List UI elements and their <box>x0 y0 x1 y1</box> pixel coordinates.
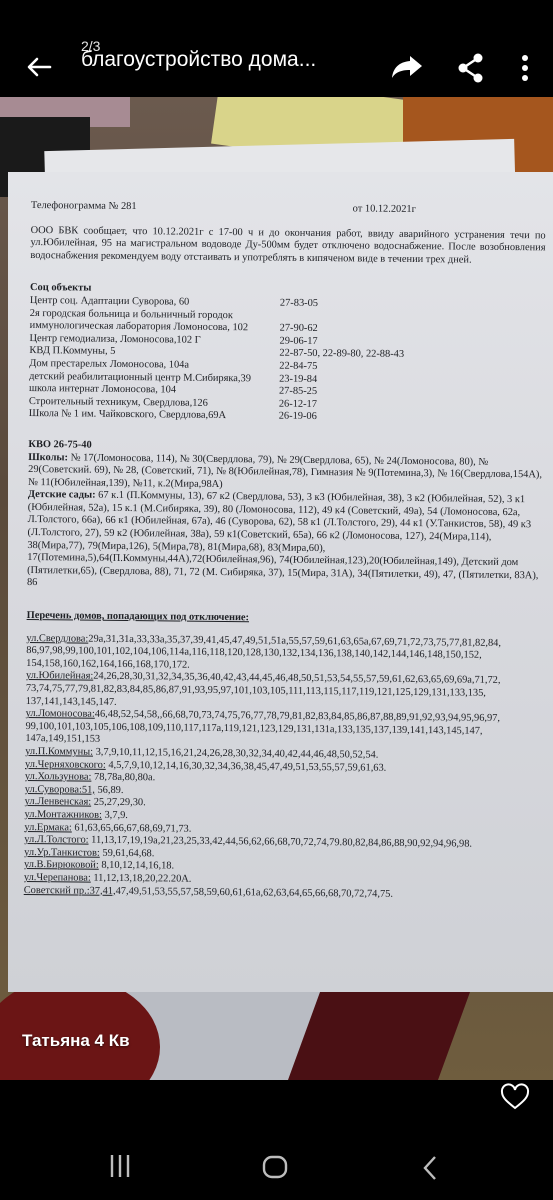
house-numbers: 4,5,7,9,10,12,14,16,30,32,34,36,38,45,47… <box>106 759 387 773</box>
street-name: Советский пр.:37,41, <box>24 884 116 896</box>
kvo-section: КВО 26-75-40 Школы: № 17(Ломоносова, 114… <box>27 439 544 596</box>
back-button[interactable] <box>22 50 56 84</box>
soc-object-phone: 27-90-62 <box>280 323 318 336</box>
street-name: ул.Ломоносова: <box>26 708 95 720</box>
document-intro: ООО БВК сообщает, что 10.12.2021г с 17-0… <box>30 225 545 268</box>
street-name: ул.Ленвенская: <box>25 796 92 808</box>
house-numbers: 25,27,29,30. <box>91 797 146 809</box>
document-header: Телефонограмма № 281 от 10.12.2021г <box>31 200 546 218</box>
heart-icon <box>500 1083 530 1111</box>
house-numbers: 3,7,9,10,11,12,15,16,21,24,26,28,30,32,3… <box>93 747 378 761</box>
house-numbers: 47,49,51,53,55,57,58,59,60,61,61а,62,63,… <box>116 885 393 899</box>
soc-object-name: Школа № 1 им. Чайковского, Свердлова,69А <box>29 408 279 423</box>
schools-label: Школы: <box>28 451 68 462</box>
system-back-button[interactable] <box>420 1155 440 1181</box>
kindergartens-text: 67 к.1 (П.Коммуны, 13), 67 к2 (Свердлова… <box>27 490 539 589</box>
street-name: ул.Ур.Танкистов: <box>24 847 100 859</box>
street-houses-row: ул.Ломоносова:46,48,52,54,58,,66,68,70,7… <box>25 708 540 751</box>
street-name: ул.Монтажников: <box>25 809 102 821</box>
soc-objects-list: Центр соц. Адаптации Суворова, 6027-83-0… <box>29 295 545 426</box>
street-houses-row: ул.Юбилейная:24,26,28,30,31,32,34,35,36,… <box>26 670 541 713</box>
document-content: Телефонограмма № 281 от 10.12.2021г ООО … <box>24 200 546 902</box>
house-numbers: 8,10,12,14,16,18. <box>99 860 174 872</box>
document-date: от 10.12.2021г <box>353 203 416 216</box>
soc-object-phone: 29-06-17 <box>279 335 317 348</box>
recents-icon <box>108 1153 132 1179</box>
forward-button[interactable] <box>390 54 426 84</box>
street-name: ул.Черняховского: <box>25 759 106 771</box>
street-houses-row: ул.Свердлова:29а,31,31а,33,33а,35,37,39,… <box>26 633 541 676</box>
soc-object-phone: 26-12-17 <box>279 398 317 411</box>
street-name: ул.Свердлова: <box>26 633 88 645</box>
house-numbers: 59,61,64,68. <box>100 847 155 859</box>
share-button[interactable] <box>457 52 487 86</box>
soc-object-phone: 23-19-84 <box>279 373 317 386</box>
nav-back-icon <box>420 1155 440 1181</box>
houses-title: Перечень домов, попадающих под отключени… <box>27 610 542 628</box>
home-icon <box>261 1155 289 1179</box>
street-name: ул.Ермака: <box>24 821 72 832</box>
house-numbers: 3,7,9. <box>102 810 128 821</box>
status-bar <box>0 0 553 40</box>
street-name: ул.Черепанова: <box>24 872 91 884</box>
image-counter: 2/3 <box>81 38 100 54</box>
kindergartens-label: Детские сады: <box>28 489 96 501</box>
home-button[interactable] <box>261 1155 289 1179</box>
soc-object-phone: 27-85-25 <box>279 386 317 399</box>
house-numbers: 46,48,52,54,58,,66,68,70,73,74,75,76,77,… <box>25 709 500 745</box>
forward-icon <box>390 54 424 80</box>
houses-list: ул.Свердлова:29а,31,31а,33,33а,35,37,39,… <box>24 633 542 903</box>
street-name: ул.Хользунова: <box>25 771 92 783</box>
street-name: ул.Л.Толстого: <box>24 834 88 846</box>
back-arrow-icon <box>26 56 52 78</box>
street-name: ул.Юбилейная: <box>26 670 93 682</box>
house-numbers: 29а,31,31а,33,33а,35,37,39,41,45,47,49,5… <box>26 633 501 670</box>
soc-object-phone: 22-84-75 <box>279 361 317 374</box>
more-options-button[interactable] <box>515 52 535 86</box>
house-numbers: 56,89. <box>95 784 124 795</box>
schools-paragraph: Школы: № 17(Ломоносова, 114), № 30(Сверд… <box>28 451 543 494</box>
house-numbers: 11,12,13,18,20,22.20А. <box>91 873 192 885</box>
street-name: ул.В.Бирюковой: <box>24 859 99 871</box>
recents-button[interactable] <box>108 1153 132 1179</box>
document-number: Телефонограмма № 281 <box>31 200 137 214</box>
house-numbers: 61,63,65,66,67,68,69,71,73. <box>72 822 192 834</box>
house-numbers: 24,26,28,30,31,32,34,35,36,40,42,43,44,4… <box>26 671 501 707</box>
image-viewer[interactable]: Телефонограмма № 281 от 10.12.2021г ООО … <box>0 97 553 1080</box>
share-icon <box>457 52 485 84</box>
bottom-bar <box>0 1080 553 1200</box>
like-button[interactable] <box>500 1083 532 1113</box>
street-name: ул.Суворова:51, <box>25 784 95 796</box>
kindergartens-paragraph: Детские сады: 67 к.1 (П.Коммуны, 13), 67… <box>27 489 543 595</box>
more-vert-icon <box>515 52 535 84</box>
street-name: ул.П.Коммуны: <box>25 746 93 758</box>
soc-object-phone: 27-83-05 <box>280 298 318 311</box>
schools-text: № 17(Ломоносова, 114), № 30(Свердлова, 7… <box>28 452 542 490</box>
chat-title: благоустройство дома... <box>81 48 316 72</box>
sender-name: Татьяна 4 Кв <box>22 1031 130 1051</box>
soc-object-phone: 26-19-06 <box>279 411 317 424</box>
house-numbers: 78,78а,80,80а. <box>91 772 155 784</box>
document-photo: Телефонограмма № 281 от 10.12.2021г ООО … <box>8 172 553 992</box>
